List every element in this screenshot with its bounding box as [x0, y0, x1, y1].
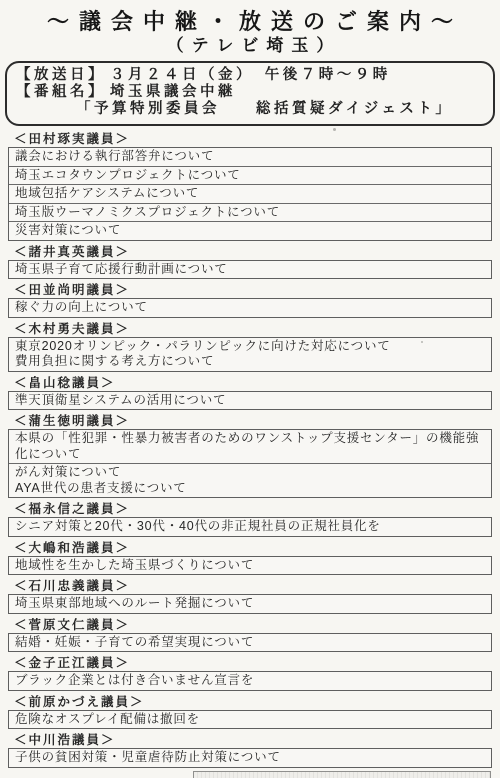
member-name: ＜金子正江議員＞	[14, 656, 500, 670]
member-name: ＜前原かづえ議員＞	[14, 695, 500, 709]
topic-line: 本県の「性犯罪・性暴力被害者のためのワンストップ支援センター」の機能強化について	[15, 431, 485, 462]
member-section: ＜金子正江議員＞ ブラック企業とは付き合いません宣言を	[0, 656, 500, 691]
topic-row: 本県の「性犯罪・性暴力被害者のためのワンストップ支援センター」の機能強化について	[9, 430, 491, 464]
member-name: ＜石川忠義議員＞	[14, 579, 500, 593]
topic-table: ブラック企業とは付き合いません宣言を	[8, 671, 492, 691]
member-name: ＜畠山稔議員＞	[14, 376, 500, 390]
topic-row: 地域性を生かした埼玉県づくりについて	[9, 557, 491, 575]
topic-line: 子供の貧困対策・児童虐待防止対策について	[15, 750, 485, 766]
topic-line: 危険なオスプレイ配備は撤回を	[15, 712, 485, 728]
topic-row: がん対策についてAYA世代の患者支援について	[9, 464, 491, 497]
topic-line: 埼玉県東部地域へのルート発掘について	[15, 596, 485, 612]
member-section: ＜田村琢実議員＞ 議会における執行部答弁について埼玉エコタウンプロジェクトについ…	[0, 132, 500, 241]
topic-row: 子供の貧困対策・児童虐待防止対策について	[9, 749, 491, 767]
topic-line: 地域包括ケアシステムについて	[15, 186, 485, 202]
member-name: ＜諸井真英議員＞	[14, 245, 500, 259]
member-section: ＜田並尚明議員＞ 稼ぐ力の向上について	[0, 283, 500, 318]
topic-line: 費用負担に関する考え方について	[15, 354, 485, 370]
topic-table: 稼ぐ力の向上について	[8, 298, 492, 318]
topic-row: 準天頂衛星システムの活用について	[9, 392, 491, 410]
topic-row: 結婚・妊娠・子育ての希望実現について	[9, 634, 491, 652]
program-subtitle-line: 「予算特別委員会 総括質疑ダイジェスト」	[16, 101, 484, 118]
topic-row: 埼玉エコタウンプロジェクトについて	[9, 167, 491, 186]
topic-line: 結婚・妊娠・子育ての希望実現について	[15, 635, 485, 651]
program-name-line: 【番組名】埼玉県議会中継	[16, 84, 484, 101]
topic-line: 稼ぐ力の向上について	[15, 300, 485, 316]
topic-line: がん対策について	[15, 465, 485, 481]
topic-table: 子供の貧困対策・児童虐待防止対策について	[8, 748, 492, 768]
member-name: ＜大嶋和浩議員＞	[14, 541, 500, 555]
page-title: ～議会中継・放送のご案内～	[0, 8, 500, 35]
topic-table: 地域性を生かした埼玉県づくりについて	[8, 556, 492, 576]
topic-row: ブラック企業とは付き合いません宣言を	[9, 672, 491, 690]
member-name: ＜田並尚明議員＞	[14, 283, 500, 297]
topic-row: 地域包括ケアシステムについて	[9, 185, 491, 204]
scan-page: ～議会中継・放送のご案内～ （テレビ埼玉） 【放送日】３月２４日（金） 午後７時…	[0, 0, 500, 778]
member-section: ＜畠山稔議員＞ 準天頂衛星システムの活用について	[0, 376, 500, 411]
topic-line: 災害対策について	[15, 223, 485, 239]
topic-row: 災害対策について	[9, 222, 491, 240]
member-section: ＜菅原文仁議員＞ 結婚・妊娠・子育ての希望実現について	[0, 618, 500, 653]
next-page-partial-box	[193, 771, 491, 778]
member-section: ＜蒲生徳明議員＞ 本県の「性犯罪・性暴力被害者のためのワンストップ支援センター」…	[0, 414, 500, 498]
broadcast-date-value: ３月２４日（金） 午後７時～９時	[110, 67, 391, 83]
topic-line: シニア対策と20代・30代・40代の非正規社員の正規社員化を	[15, 519, 485, 535]
topic-line: 埼玉版ウーマノミクスプロジェクトについて	[15, 205, 485, 221]
topic-row: シニア対策と20代・30代・40代の非正規社員の正規社員化を	[9, 518, 491, 536]
broadcast-date-label: 【放送日】	[16, 67, 106, 83]
member-section: ＜石川忠義議員＞ 埼玉県東部地域へのルート発掘について	[0, 579, 500, 614]
program-subtitle-value: 「予算特別委員会 総括質疑ダイジェスト」	[76, 101, 453, 117]
topic-row: 東京2020オリンピック・パラリンピックに向けた対応について費用負担に関する考え…	[9, 338, 491, 371]
topic-line: AYA世代の患者支援について	[15, 481, 485, 497]
topic-line: 埼玉エコタウンプロジェクトについて	[15, 168, 485, 184]
topic-table: 危険なオスプレイ配備は撤回を	[8, 710, 492, 730]
program-name-label: 【番組名】	[16, 84, 106, 100]
member-section: ＜前原かづえ議員＞ 危険なオスプレイ配備は撤回を	[0, 695, 500, 730]
scan-speckle	[421, 341, 423, 343]
topic-row: 議会における執行部答弁について	[9, 148, 491, 167]
member-name: ＜田村琢実議員＞	[14, 132, 500, 146]
topic-row: 埼玉県子育て応援行動計画について	[9, 261, 491, 279]
member-sections: ＜田村琢実議員＞ 議会における執行部答弁について埼玉エコタウンプロジェクトについ…	[0, 132, 500, 768]
topic-line: 議会における執行部答弁について	[15, 149, 485, 165]
topic-line: 東京2020オリンピック・パラリンピックに向けた対応について	[15, 339, 485, 355]
member-name: ＜菅原文仁議員＞	[14, 618, 500, 632]
page-subtitle: （テレビ埼玉）	[0, 36, 500, 56]
program-name-value: 埼玉県議会中継	[110, 84, 236, 100]
topic-line: 埼玉県子育て応援行動計画について	[15, 262, 485, 278]
topic-row: 危険なオスプレイ配備は撤回を	[9, 711, 491, 729]
topic-table: 結婚・妊娠・子育ての希望実現について	[8, 633, 492, 653]
topic-line: ブラック企業とは付き合いません宣言を	[15, 673, 485, 689]
topic-table: シニア対策と20代・30代・40代の非正規社員の正規社員化を	[8, 517, 492, 537]
member-name: ＜中川浩議員＞	[14, 733, 500, 747]
topic-row: 埼玉版ウーマノミクスプロジェクトについて	[9, 204, 491, 223]
topic-table: 埼玉県東部地域へのルート発掘について	[8, 594, 492, 614]
topic-line: 準天頂衛星システムの活用について	[15, 393, 485, 409]
scan-speckle	[333, 128, 336, 131]
topic-table: 東京2020オリンピック・パラリンピックに向けた対応について費用負担に関する考え…	[8, 337, 492, 372]
member-section: ＜中川浩議員＞ 子供の貧困対策・児童虐待防止対策について	[0, 733, 500, 768]
topic-table: 埼玉県子育て応援行動計画について	[8, 260, 492, 280]
topic-line: 地域性を生かした埼玉県づくりについて	[15, 558, 485, 574]
broadcast-date-line: 【放送日】３月２４日（金） 午後７時～９時	[16, 67, 484, 84]
topic-row: 埼玉県東部地域へのルート発掘について	[9, 595, 491, 613]
topic-table: 本県の「性犯罪・性暴力被害者のためのワンストップ支援センター」の機能強化について…	[8, 429, 492, 498]
member-section: ＜大嶋和浩議員＞ 地域性を生かした埼玉県づくりについて	[0, 541, 500, 576]
topic-table: 議会における執行部答弁について埼玉エコタウンプロジェクトについて地域包括ケアシス…	[8, 147, 492, 241]
member-name: ＜蒲生徳明議員＞	[14, 414, 500, 428]
topic-table: 準天頂衛星システムの活用について	[8, 391, 492, 411]
member-section: ＜諸井真英議員＞ 埼玉県子育て応援行動計画について	[0, 245, 500, 280]
topic-row: 稼ぐ力の向上について	[9, 299, 491, 317]
member-section: ＜木村勇夫議員＞ 東京2020オリンピック・パラリンピックに向けた対応について費…	[0, 322, 500, 372]
broadcast-info-box: 【放送日】３月２４日（金） 午後７時～９時 【番組名】埼玉県議会中継 「予算特別…	[5, 61, 495, 126]
member-section: ＜福永信之議員＞ シニア対策と20代・30代・40代の非正規社員の正規社員化を	[0, 502, 500, 537]
member-name: ＜木村勇夫議員＞	[14, 322, 500, 336]
member-name: ＜福永信之議員＞	[14, 502, 500, 516]
